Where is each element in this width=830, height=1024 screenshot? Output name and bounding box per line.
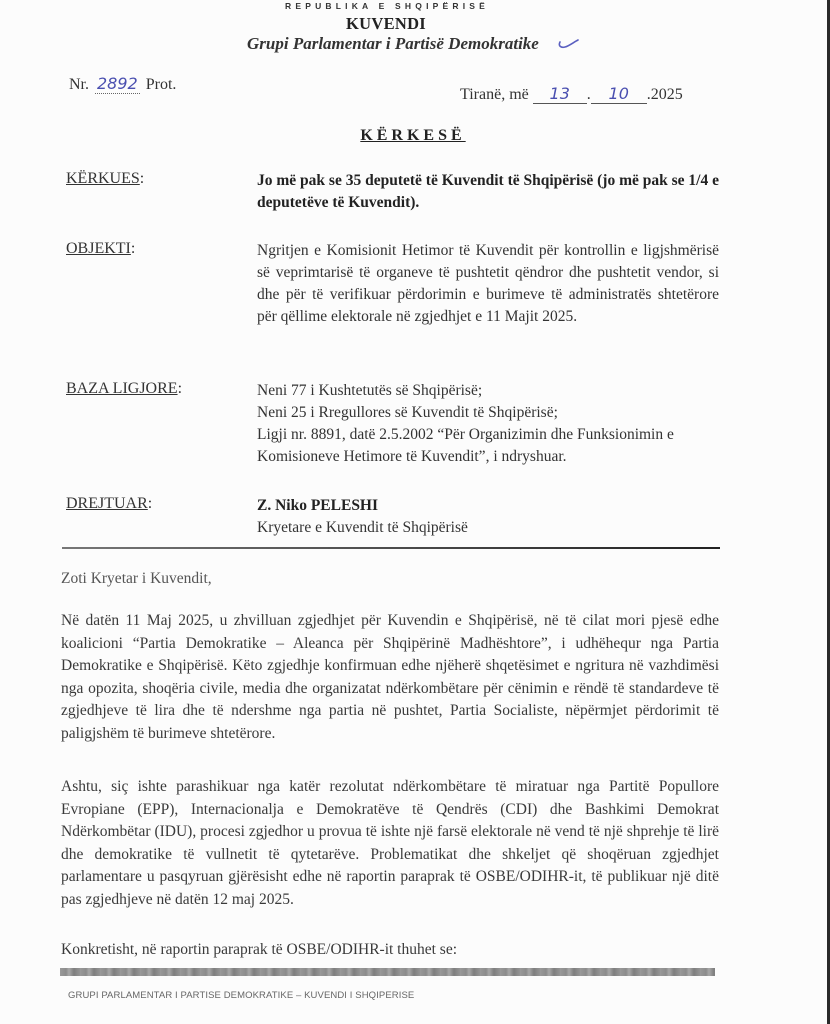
field-label: KËRKUES: [66, 170, 144, 188]
field-value: Ngritjen e Komisionit Hetimor të Kuvendi… [257, 240, 719, 328]
body-paragraph: Ashtu, siç ishte parashikuar nga katër r… [61, 776, 719, 911]
date-day: 13 [533, 84, 587, 104]
protocol-number-value: 2892 [95, 74, 140, 94]
protocol-number: Nr. 2892 Prot. [69, 74, 176, 94]
field-label: DREJTUAR: [66, 495, 152, 513]
addressee-role: Kryetare e Kuvendit të Shqipërisë [257, 517, 719, 539]
salutation: Zoti Kryetar i Kuvendit, [61, 570, 212, 588]
body-paragraph: Konkretisht, në raportin paraprak të OSB… [61, 939, 719, 962]
footer-rule [60, 968, 715, 976]
legal-basis-item: Neni 25 i Rregullores së Kuvendit të Shq… [257, 402, 719, 424]
protocol-prefix: Nr. [69, 76, 89, 93]
group-heading: Grupi Parlamentar i Partisë Demokratike [247, 34, 539, 54]
field-label: OBJEKTI: [66, 240, 135, 258]
date-month: 10 [591, 84, 647, 104]
field-value: Jo më pak se 35 deputetë të Kuvendit të … [257, 170, 719, 214]
legal-basis-item: Ligji nr. 8891, datë 2.5.2002 “Për Organ… [257, 424, 719, 468]
republic-heading: REPUBLIKA E SHQIPËRISË [285, 1, 489, 11]
date-prefix: Tiranë, më [460, 86, 529, 103]
date-year: .2025 [647, 86, 683, 103]
legal-basis-item: Neni 77 i Kushtetutës së Shqipërisë; [257, 380, 719, 402]
field-value: Neni 77 i Kushtetutës së Shqipërisë; Nen… [257, 380, 719, 468]
protocol-suffix: Prot. [146, 76, 177, 93]
page-footer: GRUPI PARLAMENTAR I PARTISE DEMOKRATIKE … [68, 990, 414, 1001]
addressee-name: Z. Niko PELESHI [257, 495, 719, 517]
body-paragraph: Në datën 11 Maj 2025, u zhvilluan zgjedh… [61, 610, 719, 745]
document-date: Tiranë, më 13.10.2025 [460, 84, 683, 104]
field-value: Z. Niko PELESHI Kryetare e Kuvendit të S… [257, 495, 719, 539]
institution-heading: KUVENDI [346, 14, 426, 34]
handwritten-check-icon [557, 36, 579, 50]
field-label: BAZA LIGJORE: [66, 380, 182, 398]
document-page: REPUBLIKA E SHQIPËRISË KUVENDI Grupi Par… [0, 0, 826, 1024]
section-divider [62, 547, 720, 549]
document-title: KËRKESË [0, 127, 826, 145]
